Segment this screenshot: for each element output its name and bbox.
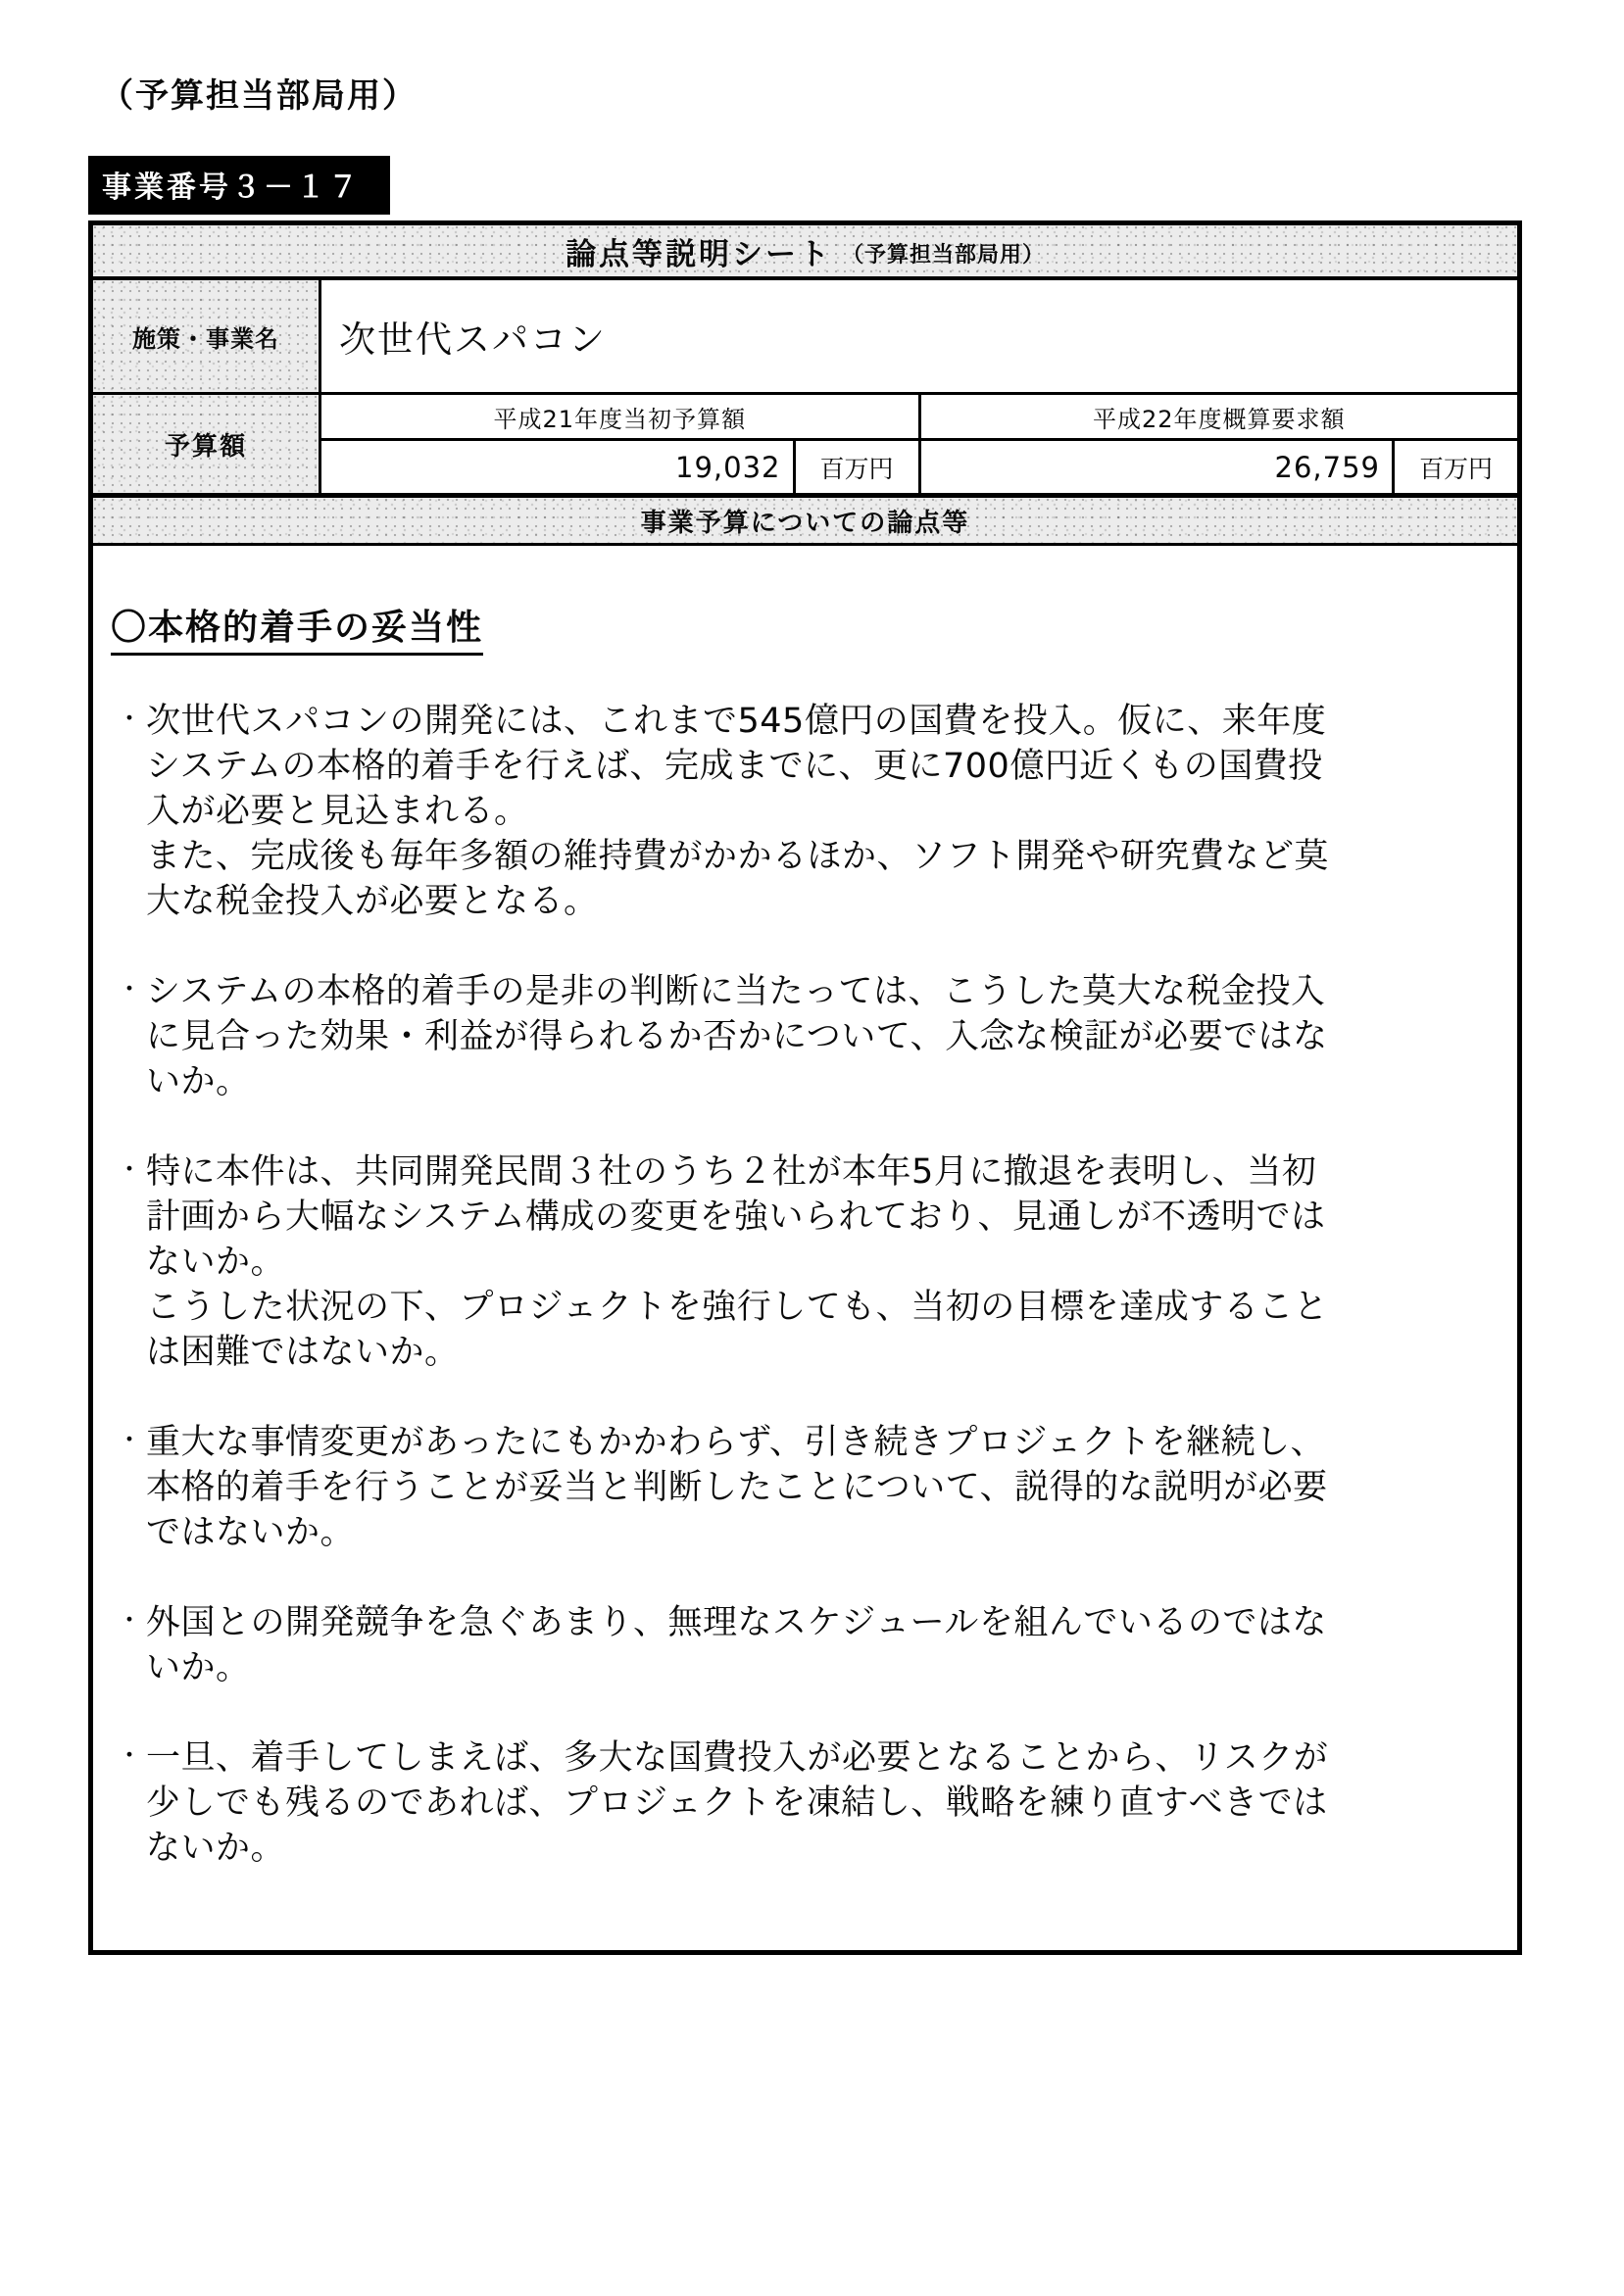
bullet-line: いか。: [146, 1059, 1488, 1104]
bullet-list: ・次世代スパコンの開発には、これまで545億円の国費を投入。仮に、来年度システム…: [109, 699, 1488, 1871]
bullet-line: は困難ではないか。: [146, 1330, 1488, 1375]
bullet-marker: ・: [117, 1418, 143, 1463]
bullet-line: ないか。: [146, 1826, 1488, 1871]
budget-row: 予算額 平成21年度当初予算額 19,032 百万円 平成22年度概算要求額 2…: [93, 395, 1517, 498]
bullet-line: 一旦、着手してしまえば、多大な国費投入が必要となることから、リスクが: [146, 1735, 1488, 1781]
bullet-item: ・システムの本格的着手の是非の判断に当たっては、こうした莫大な税金投入に見合った…: [109, 969, 1488, 1104]
bullet-marker: ・: [117, 967, 143, 1012]
bullet-line: ではないか。: [146, 1510, 1488, 1555]
bullet-item: ・重大な事情変更があったにもかかわらず、引き続きプロジェクトを継続し、本格的着手…: [109, 1420, 1488, 1555]
scanned-document-page: （予算担当部局用） 事業番号３－１７ 論点等説明シート （予算担当部局用） 施策…: [0, 0, 1624, 2296]
budget-h22-value-row: 26,759 百万円: [921, 441, 1518, 493]
project-name-label: 施策・事業名: [93, 280, 321, 392]
bullet-line: いか。: [146, 1645, 1488, 1690]
bullet-line: 本格的着手を行うことが妥当と判断したことについて、説得的な説明が必要: [146, 1465, 1488, 1510]
bullet-line: 計画から大幅なシステム構成の変更を強いられており、見通しが不透明では: [146, 1195, 1488, 1240]
budget-h21-amount: 19,032: [321, 441, 793, 493]
bullet-line: こうした状況の下、プロジェクトを強行しても、当初の目標を達成すること: [146, 1285, 1488, 1330]
bullet-line: に見合った効果・利益が得られるか否かについて、入念な検証が必要ではな: [146, 1014, 1488, 1059]
sheet-title-suffix: （予算担当部局用）: [842, 234, 1045, 269]
bullet-item: ・外国との開発競争を急ぐあまり、無理なスケジュールを組んでいるのではないか。: [109, 1600, 1488, 1690]
budget-h21-unit: 百万円: [793, 441, 918, 493]
project-number-badge: 事業番号３－１７: [88, 156, 390, 215]
budget-h22-header: 平成22年度概算要求額: [921, 395, 1518, 441]
budget-columns: 平成21年度当初予算額 19,032 百万円 平成22年度概算要求額 26,75…: [321, 395, 1517, 493]
bullet-line: システムの本格的着手の是非の判断に当たっては、こうした莫大な税金投入: [146, 969, 1488, 1014]
bullet-line: 次世代スパコンの開発には、これまで545億円の国費を投入。仮に、来年度: [146, 699, 1488, 744]
bullet-marker: ・: [117, 1734, 143, 1779]
bullet-line: 少しでも残るのであれば、プロジェクトを凍結し、戦略を練り直すべきでは: [146, 1781, 1488, 1826]
issues-header-row: 事業予算についての論点等: [93, 498, 1517, 546]
bullet-line: 重大な事情変更があったにもかかわらず、引き続きプロジェクトを継続し、: [146, 1420, 1488, 1465]
bullet-marker: ・: [117, 697, 143, 742]
bullet-line: また、完成後も毎年多額の維持費がかかるほか、ソフト開発や研究費など莫: [146, 834, 1488, 879]
sheet-title-row: 論点等説明シート （予算担当部局用）: [93, 225, 1517, 280]
bullet-line: ないか。: [146, 1240, 1488, 1285]
budget-h21-value-row: 19,032 百万円: [321, 441, 918, 493]
section-heading: 〇本格的着手の妥当性: [111, 600, 483, 656]
explanation-sheet-table: 論点等説明シート （予算担当部局用） 施策・事業名 次世代スパコン 予算額 平成…: [88, 220, 1522, 1955]
bullet-line: 外国との開発競争を急ぐあまり、無理なスケジュールを組んでいるのではな: [146, 1600, 1488, 1645]
bullet-marker: ・: [117, 1598, 143, 1643]
bullet-item: ・特に本件は、共同開発民間３社のうち２社が本年5月に撤退を表明し、当初計画から大…: [109, 1149, 1488, 1375]
budget-column-h22: 平成22年度概算要求額 26,759 百万円: [918, 395, 1518, 493]
corner-note: （予算担当部局用）: [100, 69, 418, 117]
bullet-item: ・一旦、着手してしまえば、多大な国費投入が必要となることから、リスクが少しでも残…: [109, 1735, 1488, 1871]
issues-body: 〇本格的着手の妥当性 ・次世代スパコンの開発には、これまで545億円の国費を投入…: [93, 546, 1517, 1950]
bullet-line: 大な税金投入が必要となる。: [146, 879, 1488, 924]
project-name-row: 施策・事業名 次世代スパコン: [93, 280, 1517, 395]
bullet-line: システムの本格的着手を行えば、完成までに、更に700億円近くもの国費投: [146, 744, 1488, 789]
budget-h21-header: 平成21年度当初予算額: [321, 395, 918, 441]
budget-label: 予算額: [93, 395, 321, 493]
budget-column-h21: 平成21年度当初予算額 19,032 百万円: [321, 395, 918, 493]
budget-h22-unit: 百万円: [1392, 441, 1517, 493]
bullet-line: 入が必要と見込まれる。: [146, 789, 1488, 834]
sheet-title: 論点等説明シート: [566, 229, 832, 273]
bullet-item: ・次世代スパコンの開発には、これまで545億円の国費を投入。仮に、来年度システム…: [109, 699, 1488, 924]
bullet-line: 特に本件は、共同開発民間３社のうち２社が本年5月に撤退を表明し、当初: [146, 1149, 1488, 1195]
budget-h22-amount: 26,759: [921, 441, 1393, 493]
bullet-marker: ・: [117, 1148, 143, 1193]
project-name-value: 次世代スパコン: [321, 280, 1517, 392]
